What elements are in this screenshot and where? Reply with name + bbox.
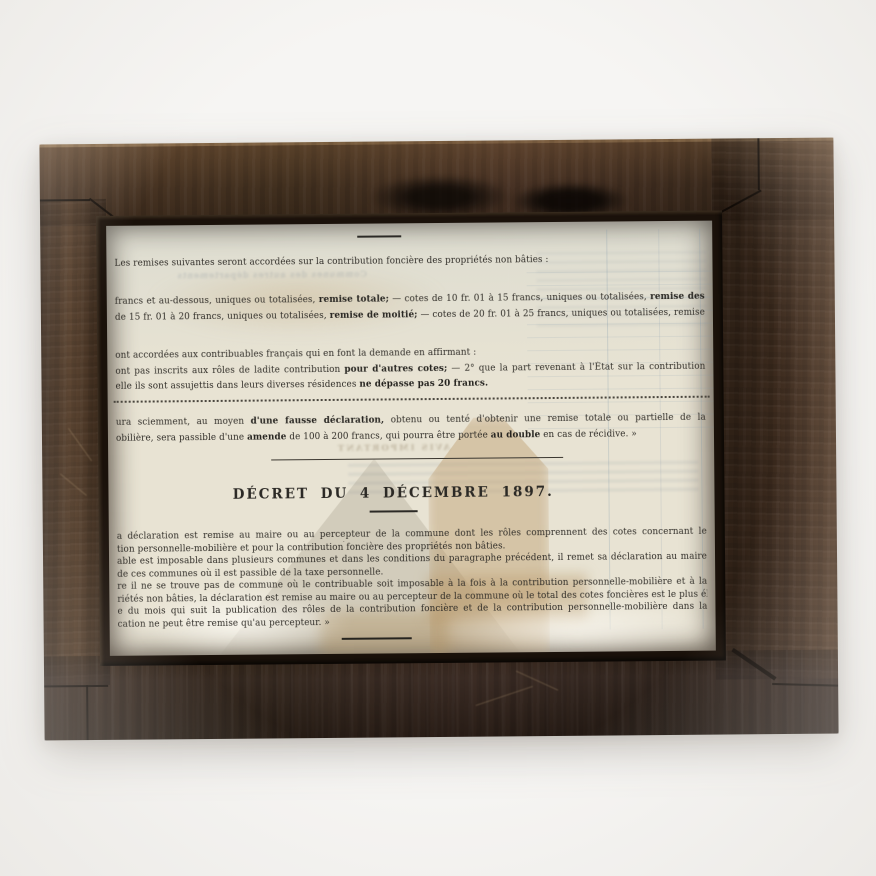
section-rule-top xyxy=(357,235,401,237)
document-line: francs et au-dessous, uniques ou totalis… xyxy=(115,291,705,309)
bleedthrough-heading: Communes des autres départements xyxy=(177,270,367,282)
text-segment: de 100 à 200 francs, qui pourra être por… xyxy=(286,431,490,443)
document-paper: Les remises suivantes seront accordées s… xyxy=(106,221,716,656)
document-line: ura sciemment, au moyen d'une fausse déc… xyxy=(116,412,706,430)
text-segment: — cotes de 10 fr. 01 à 15 francs, unique… xyxy=(389,292,650,304)
picture-frame: Les remises suivantes seront accordées s… xyxy=(39,138,838,741)
end-rule xyxy=(341,637,411,640)
text-segment: ont pas inscrits aux rôles de ladite con… xyxy=(115,365,344,377)
document-line: de 15 fr. 01 à 20 francs, uniques ou tot… xyxy=(115,307,705,325)
text-segment: — cotes de 20 fr. 01 à 25 francs, unique… xyxy=(418,308,705,321)
decret-heading: DÉCRET DU 4 DÉCEMBRE 1897. xyxy=(233,484,554,503)
heading-rule xyxy=(369,510,417,512)
text-segment-bold: au double xyxy=(491,430,541,440)
text-segment: en cas de récidive. » xyxy=(540,429,637,440)
text-segment-bold: pour d'autres cotes; xyxy=(344,364,447,375)
text-segment: obilière, sera passible d'une xyxy=(116,433,247,444)
photo-background: Les remises suivantes seront accordées s… xyxy=(0,0,876,876)
text-segment: obtenu ou tenté d'obtenir une remise tot… xyxy=(384,413,706,426)
section-rule-long xyxy=(271,457,563,461)
text-segment: ont accordées aux contribuables français… xyxy=(115,348,476,361)
intro-line: Les remises suivantes seront accordées s… xyxy=(114,253,704,271)
text-segment-bold: ne dépasse pas 20 francs. xyxy=(359,379,488,390)
text-segment: Les remises suivantes seront accordées s… xyxy=(114,255,548,269)
dotted-separator xyxy=(114,396,710,403)
text-segment-bold: remise totale; xyxy=(319,294,389,305)
text-segment: francs et au-dessous, uniques ou totalis… xyxy=(115,295,319,307)
document-line: elle ils sont assujettis dans leurs dive… xyxy=(115,376,705,394)
text-segment-bold: d'une fausse déclaration, xyxy=(251,415,385,426)
text-segment: elle ils sont assujettis dans leurs dive… xyxy=(115,380,359,392)
bleedthrough-avis-heading: AVIS IMPORTANT xyxy=(336,443,450,454)
document-line: ont accordées aux contribuables français… xyxy=(115,345,705,363)
frame-joint-top-left xyxy=(40,199,90,201)
document-text: Les remises suivantes seront accordées s… xyxy=(106,221,716,656)
text-segment: de 15 fr. 01 à 20 francs, uniques ou tot… xyxy=(115,311,330,323)
text-segment: cation ne peut être remise qu'au percept… xyxy=(118,618,330,630)
text-segment: ura sciemment, au moyen xyxy=(116,417,251,428)
text-segment-bold: remise de moitié; xyxy=(330,310,418,321)
text-segment-bold: amende xyxy=(247,432,286,442)
glass-area: Les remises suivantes seront accordées s… xyxy=(96,211,726,666)
